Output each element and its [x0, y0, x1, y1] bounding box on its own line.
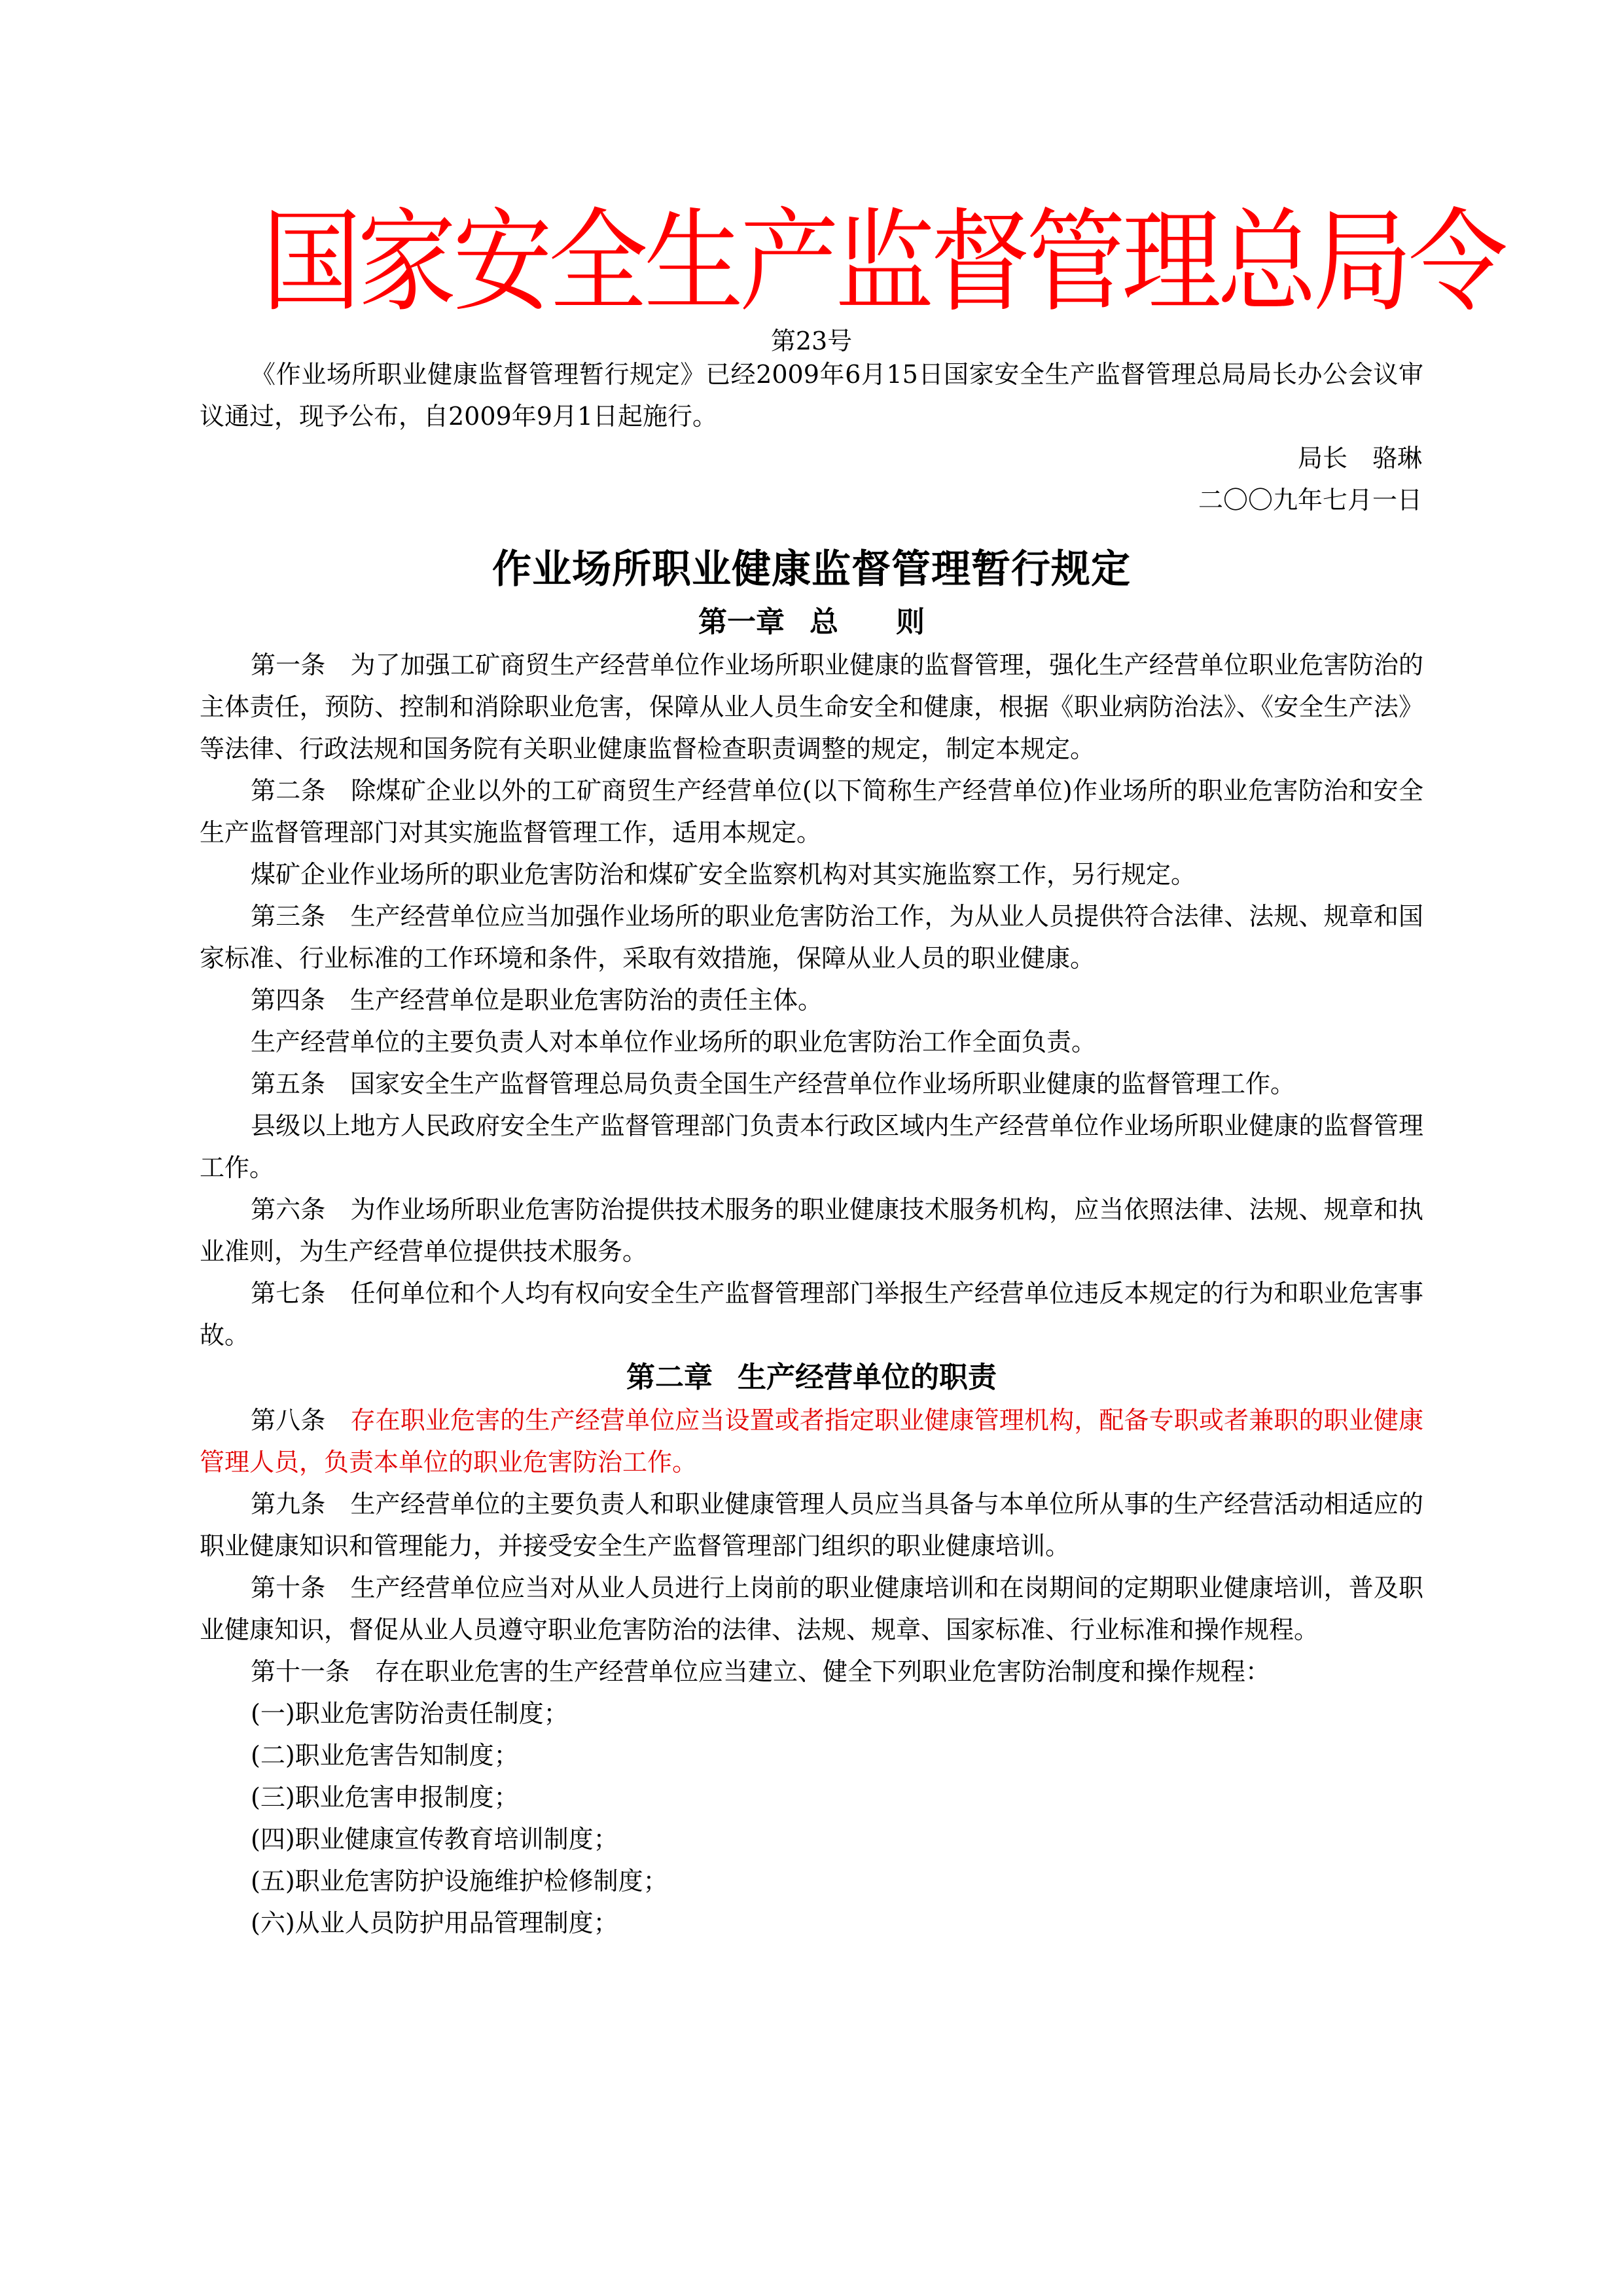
article-8: 第八条存在职业危害的生产经营单位应当设置或者指定职业健康管理机构，配备专职或者兼… [200, 1399, 1423, 1483]
article-text: 生产经营单位是职业危害防治的责任主体。 [350, 986, 823, 1014]
chapter-number: 第二章 [626, 1361, 713, 1394]
article-label: 第二条 [251, 776, 326, 805]
list-item: (六)从业人员防护用品管理制度； [200, 1902, 1423, 1944]
article-label: 第五条 [251, 1069, 325, 1098]
list-item: (二)职业危害告知制度； [200, 1734, 1423, 1776]
regulation-title: 作业场所职业健康监督管理暂行规定 [200, 538, 1423, 601]
article-4: 第四条生产经营单位是职业危害防治的责任主体。 [200, 979, 1423, 1021]
article-label: 第三条 [251, 902, 325, 931]
article-label: 第七条 [251, 1279, 325, 1308]
article-label: 第十条 [251, 1573, 325, 1602]
article-text: 存在职业危害的生产经营单位应当建立、健全下列职业危害防治制度和操作规程： [375, 1657, 1270, 1686]
signer-title: 局长 [1298, 444, 1347, 473]
document-page: 国家安全生产监督管理总局令 第23号 《作业场所职业健康监督管理暂行规定》已经2… [0, 0, 1623, 2296]
article-6: 第六条为作业场所职业危害防治提供技术服务的职业健康技术服务机构，应当依照法律、法… [200, 1189, 1423, 1272]
article-10: 第十条生产经营单位应当对从业人员进行上岗前的职业健康培训和在岗期间的定期职业健康… [200, 1567, 1423, 1651]
chapter-number: 第一章 [698, 605, 785, 639]
article-text: 国家安全生产监督管理总局负责全国生产经营单位作业场所职业健康的监督管理工作。 [350, 1069, 1295, 1098]
article-label: 第四条 [251, 986, 325, 1014]
article-text: 生产经营单位应当加强作业场所的职业危害防治工作，为从业人员提供符合法律、法规、规… [200, 902, 1423, 973]
article-label: 第八条 [251, 1406, 325, 1435]
article-11: 第十一条存在职业危害的生产经营单位应当建立、健全下列职业危害防治制度和操作规程： [200, 1651, 1423, 1693]
article-label: 第九条 [251, 1490, 325, 1518]
article-4-para-2: 生产经营单位的主要负责人对本单位作业场所的职业危害防治工作全面负责。 [200, 1021, 1423, 1063]
list-item: (四)职业健康宣传教育培训制度； [200, 1818, 1423, 1860]
article-1: 第一条为了加强工矿商贸生产经营单位作业场所职业健康的监督管理，强化生产经营单位职… [200, 644, 1423, 770]
masthead-title: 国家安全生产监督管理总局令 [262, 196, 1361, 329]
article-text: 任何单位和个人均有权向安全生产监督管理部门举报生产经营单位违反本规定的行为和职业… [200, 1279, 1423, 1350]
article-text: 生产经营单位应当对从业人员进行上岗前的职业健康培训和在岗期间的定期职业健康培训，… [200, 1573, 1423, 1644]
article-9: 第九条生产经营单位的主要负责人和职业健康管理人员应当具备与本单位所从事的生产经营… [200, 1483, 1423, 1567]
list-item: (一)职业危害防治责任制度； [200, 1693, 1423, 1734]
article-text: 为了加强工矿商贸生产经营单位作业场所职业健康的监督管理，强化生产经营单位职业危害… [200, 651, 1423, 763]
signer-name: 骆琳 [1372, 444, 1422, 473]
article-label: 第六条 [251, 1195, 325, 1224]
list-item: (五)职业危害防护设施维护检修制度； [200, 1860, 1423, 1902]
order-number: 第23号 [0, 325, 1623, 357]
chapter-heading-1: 第一章总 则 [200, 601, 1423, 644]
article-2: 第二条除煤矿企业以外的工矿商贸生产经营单位(以下简称生产经营单位)作业场所的职业… [200, 770, 1423, 853]
list-item: (三)职业危害申报制度； [200, 1776, 1423, 1818]
article-text: 为作业场所职业危害防治提供技术服务的职业健康技术服务机构，应当依照法律、法规、规… [200, 1195, 1423, 1266]
decree-date: 二〇〇九年七月一日 [200, 479, 1423, 521]
article-text-highlighted: 存在职业危害的生产经营单位应当设置或者指定职业健康管理机构，配备专职或者兼职的职… [200, 1406, 1423, 1477]
article-5: 第五条国家安全生产监督管理总局负责全国生产经营单位作业场所职业健康的监督管理工作… [200, 1063, 1423, 1105]
article-2-para-2: 煤矿企业作业场所的职业危害防治和煤矿安全监察机构对其实施监察工作，另行规定。 [200, 853, 1423, 895]
article-label: 第十一条 [251, 1657, 350, 1686]
chapter-heading-2: 第二章生产经营单位的职责 [200, 1356, 1423, 1399]
decree-block: 《作业场所职业健康监督管理暂行规定》已经2009年6月15日国家安全生产监督管理… [200, 353, 1423, 521]
chapter-title: 生产经营单位的职责 [738, 1361, 997, 1394]
article-text: 除煤矿企业以外的工矿商贸生产经营单位(以下简称生产经营单位)作业场所的职业危害防… [200, 776, 1423, 847]
article-text: 生产经营单位的主要负责人和职业健康管理人员应当具备与本单位所从事的生产经营活动相… [200, 1490, 1423, 1560]
chapter-title: 总 则 [810, 605, 925, 639]
article-7: 第七条任何单位和个人均有权向安全生产监督管理部门举报生产经营单位违反本规定的行为… [200, 1272, 1423, 1356]
article-3: 第三条生产经营单位应当加强作业场所的职业危害防治工作，为从业人员提供符合法律、法… [200, 895, 1423, 979]
decree-text: 《作业场所职业健康监督管理暂行规定》已经2009年6月15日国家安全生产监督管理… [200, 353, 1423, 437]
article-label: 第一条 [251, 651, 325, 679]
article-5-para-2: 县级以上地方人民政府安全生产监督管理部门负责本行政区域内生产经营单位作业场所职业… [200, 1105, 1423, 1189]
signature-line: 局长骆琳 [200, 437, 1423, 479]
regulation-body: 作业场所职业健康监督管理暂行规定 第一章总 则 第一条为了加强工矿商贸生产经营单… [200, 538, 1423, 1944]
